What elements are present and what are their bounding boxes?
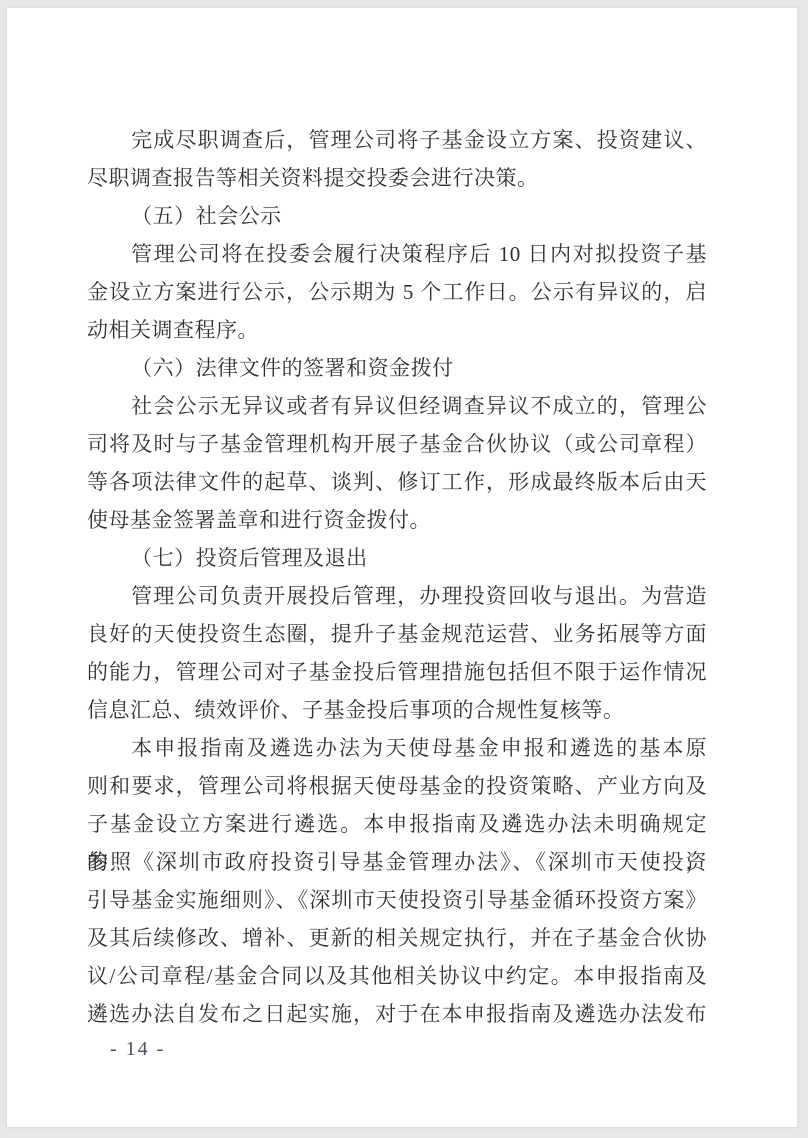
body-text-line: 金设立方案进行公示，公示期为 5 个工作日。公示有异议的，启 [87, 273, 707, 311]
body-text-line: 社会公示无异议或者有异议但经调查异议不成立的，管理公 [87, 387, 707, 425]
body-text-line: 则和要求，管理公司将根据天使母基金的投资策略、产业方向及 [87, 767, 707, 805]
body-text-line: 信息汇总、绩效评价、子基金投后事项的合规性复核等。 [87, 691, 707, 729]
body-text-line: 本申报指南及遴选办法为天使母基金申报和遴选的基本原 [87, 729, 707, 767]
section-heading: （五）社会公示 [87, 197, 707, 235]
body-text-line: 子基金设立方案进行遴选。本申报指南及遴选办法未明确规定的， [87, 805, 707, 843]
body-text-line: 良好的天使投资生态圈，提升子基金规范运营、业务拓展等方面 [87, 615, 707, 653]
body-text-line: 议/公司章程/基金合同以及其他相关协议中约定。本申报指南及 [87, 957, 707, 995]
document-page: 完成尽职调查后，管理公司将子基金设立方案、投资建议、 尽职调查报告等相关资料提交… [7, 8, 797, 1127]
section-heading: （六）法律文件的签署和资金拨付 [87, 349, 707, 387]
body-text-line: 及其后续修改、增补、更新的相关规定执行，并在子基金合伙协 [87, 919, 707, 957]
page-body-text: 完成尽职调查后，管理公司将子基金设立方案、投资建议、 尽职调查报告等相关资料提交… [87, 121, 707, 1033]
section-heading: （七）投资后管理及退出 [87, 539, 707, 577]
document-viewport: 完成尽职调查后，管理公司将子基金设立方案、投资建议、 尽职调查报告等相关资料提交… [0, 0, 808, 1138]
body-text-line: 管理公司将在投委会履行决策程序后 10 日内对拟投资子基 [87, 235, 707, 273]
body-text-line: 遴选办法自发布之日起实施，对于在本申报指南及遴选办法发布 [87, 995, 707, 1033]
body-text-line: 参照《深圳市政府投资引导基金管理办法》、《深圳市天使投资 [87, 843, 707, 881]
body-text-line: 引导基金实施细则》、《深圳市天使投资引导基金循环投资方案》 [87, 881, 707, 919]
body-text-line: 使母基金签署盖章和进行资金拨付。 [87, 501, 707, 539]
body-text-line: 的能力，管理公司对子基金投后管理措施包括但不限于运作情况 [87, 653, 707, 691]
body-text-line: 完成尽职调查后，管理公司将子基金设立方案、投资建议、 [87, 121, 707, 159]
body-text-line: 管理公司负责开展投后管理，办理投资回收与退出。为营造 [87, 577, 707, 615]
body-text-line: 等各项法律文件的起草、谈判、修订工作，形成最终版本后由天 [87, 463, 707, 501]
body-text-line: 尽职调查报告等相关资料提交投委会进行决策。 [87, 159, 707, 197]
body-text-line: 司将及时与子基金管理机构开展子基金合伙协议（或公司章程） [87, 425, 707, 463]
body-text-line: 动相关调查程序。 [87, 311, 707, 349]
page-number: - 14 - [110, 1038, 165, 1061]
